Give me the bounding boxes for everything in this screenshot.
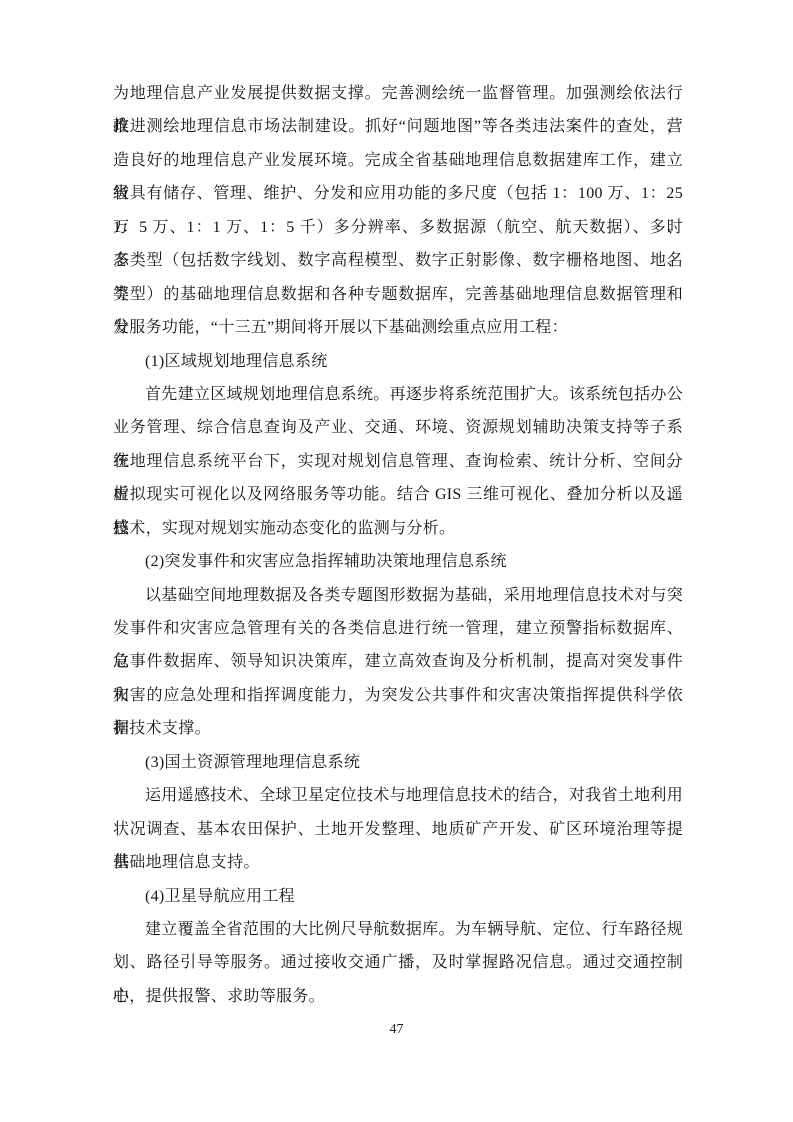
text-line: 以基础空间地理数据及各类专题图形数据为基础，采用地理信息技术对与突 (113, 579, 683, 612)
text-line: 发服务功能，“十三五”期间将开展以下基础测绘重点应用工程： (113, 311, 683, 344)
page-number: 47 (0, 1022, 793, 1038)
text-line: 在地理信息系统平台下，实现对规划信息管理、查询检索、统计分析、空间分析、 (113, 445, 683, 478)
text-line: 类型）的基础地理信息数据和各种专题数据库，完善基础地理信息数据管理和分 (113, 278, 683, 311)
text-line: 和技术支撑。 (113, 712, 683, 745)
text-line: 划、路径引导等服务。通过接收交通广播，及时掌握路况信息。通过交通控制中 (113, 946, 683, 979)
text-line: 1：5 万、1：1 万、1：5 千）多分辨率、多数据源（航空、航天数据）、多时态… (113, 211, 683, 244)
section-heading-line: (1)区域规划地理信息系统 (113, 345, 683, 378)
text-line: 造良好的地理信息产业发展环境。完成全省基础地理信息数据建库工作，建立省 (113, 144, 683, 177)
text-line: 运用遥感技术、全球卫星定位技术与地理信息技术的结合，对我省土地利用 (113, 779, 683, 812)
text-line: 发事件和灾害应急管理有关的各类信息进行统一管理，建立预警指标数据库、危 (113, 612, 683, 645)
text-line: 虚拟现实可视化以及网络服务等功能。结合 GIS 三维可视化、叠加分析以及遥感 (113, 478, 683, 511)
section-heading-line: (3)国土资源管理地理信息系统 (113, 746, 683, 779)
text-line: 首先建立区域规划地理信息系统。再逐步将系统范围扩大。该系统包括办公 (113, 378, 683, 411)
text-line: 急事件数据库、领导知识决策库，建立高效查询及分析机制，提高对突发事件和 (113, 645, 683, 678)
text-line: 推进测绘地理信息市场法制建设。抓好“问题地图”等各类违法案件的查处，营 (113, 110, 683, 143)
text-line: 灾害的应急处理和指挥调度能力，为突发公共事件和灾害决策指挥提供科学依据 (113, 679, 683, 712)
text-line: 心，提供报警、求助等服务。 (113, 980, 683, 1013)
text-line: 为地理信息产业发展提供数据支撑。完善测绘统一监督管理。加强测绘依法行政， (113, 77, 683, 110)
text-line: 状况调查、基本农田保护、土地开发整理、地质矿产开发、矿区环境治理等提供 (113, 813, 683, 846)
text-line: 多类型（包括数字线划、数字高程模型、数字正射影像、数字栅格地图、地名等 (113, 244, 683, 277)
section-heading-line: (2)突发事件和灾害应急指挥辅助决策地理信息系统 (113, 545, 683, 578)
document-text: 为地理信息产业发展提供数据支撑。完善测绘统一监督管理。加强测绘依法行政，推进测绘… (113, 77, 683, 1013)
text-line: 级具有储存、管理、维护、分发和应用功能的多尺度（包括 1：100 万、1：25 … (113, 177, 683, 210)
document-page: 为地理信息产业发展提供数据支撑。完善测绘统一监督管理。加强测绘依法行政，推进测绘… (0, 0, 793, 1122)
text-line: 业务管理、综合信息查询及产业、交通、环境、资源规划辅助决策支持等子系统。 (113, 411, 683, 444)
text-line: 建立覆盖全省范围的大比例尺导航数据库。为车辆导航、定位、行车路径规 (113, 913, 683, 946)
text-line: 技术，实现对规划实施动态变化的监测与分析。 (113, 512, 683, 545)
section-heading-line: (4)卫星导航应用工程 (113, 880, 683, 913)
text-line: 基础地理信息支持。 (113, 846, 683, 879)
